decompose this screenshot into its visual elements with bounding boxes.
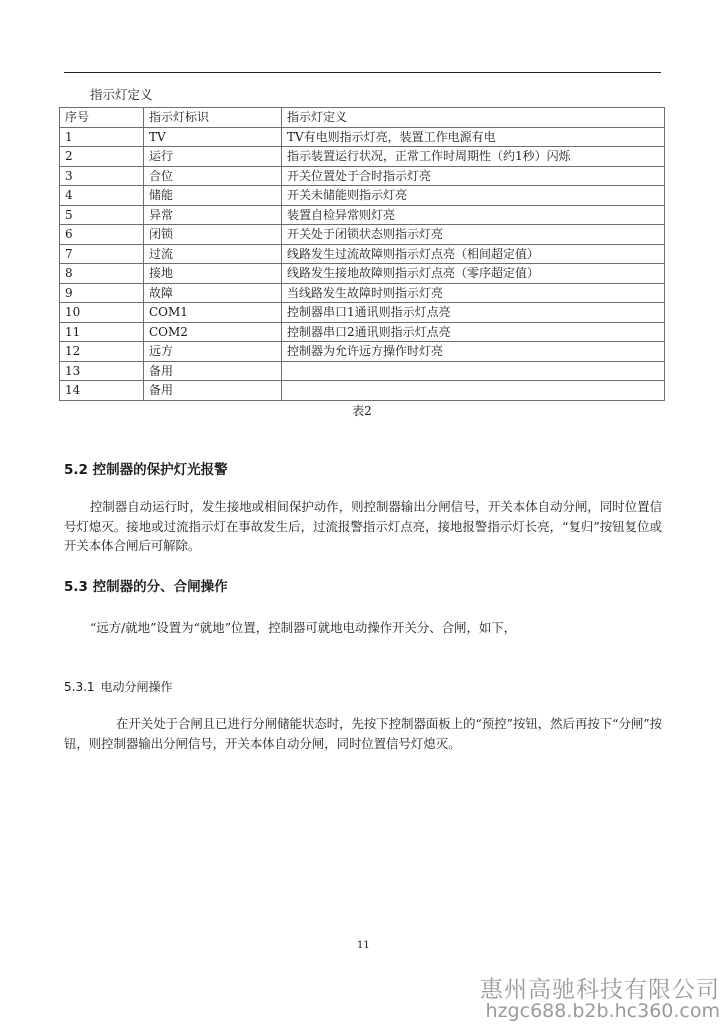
cell-index: 7 <box>60 244 144 264</box>
cell-definition: 装置自检异常则灯亮 <box>282 205 665 225</box>
header-cell-definition: 指示灯定义 <box>282 108 665 128</box>
table-row: 9 故障 当线路发生故障时则指示灯亮 <box>60 283 665 303</box>
cell-index: 2 <box>60 147 144 167</box>
cell-index: 1 <box>60 127 144 147</box>
table-row: 6 闭锁 开关处于闭锁状态则指示灯亮 <box>60 225 665 245</box>
cell-label: 储能 <box>144 186 282 206</box>
cell-definition: 线路发生接地故障则指示灯点亮（零序超定值） <box>282 264 665 284</box>
cell-label: 闭锁 <box>144 225 282 245</box>
cell-definition: 线路发生过流故障则指示灯点亮（相间超定值） <box>282 244 665 264</box>
cell-definition: TV有电则指示灯亮，装置工作电源有电 <box>282 127 665 147</box>
section-5-3-paragraph: “远方/就地”设置为“就地”位置，控制器可就地电动操作开关分、合闸，如下， <box>64 618 662 638</box>
table-row: 14 备用 <box>60 381 665 401</box>
cell-index: 5 <box>60 205 144 225</box>
cell-index: 9 <box>60 283 144 303</box>
cell-label: 备用 <box>144 381 282 401</box>
cell-label: 备用 <box>144 361 282 381</box>
cell-label: 故障 <box>144 283 282 303</box>
cell-label: 过流 <box>144 244 282 264</box>
page-number: 11 <box>357 940 370 952</box>
section-title: 电动分闸操作 <box>101 680 173 694</box>
cell-index: 10 <box>60 303 144 323</box>
cell-index: 4 <box>60 186 144 206</box>
table-row: 4 储能 开关未储能则指示灯亮 <box>60 186 665 206</box>
table-row: 13 备用 <box>60 361 665 381</box>
header-cell-label: 指示灯标识 <box>144 108 282 128</box>
indicator-definition-table: 序号 指示灯标识 指示灯定义 1 TV TV有电则指示灯亮，装置工作电源有电 2… <box>59 107 665 401</box>
cell-label: 异常 <box>144 205 282 225</box>
cell-definition: 开关处于闭锁状态则指示灯亮 <box>282 225 665 245</box>
table-row: 10 COM1 控制器串口1通讯则指示灯点亮 <box>60 303 665 323</box>
cell-definition: 控制器串口1通讯则指示灯点亮 <box>282 303 665 323</box>
table-row: 7 过流 线路发生过流故障则指示灯点亮（相间超定值） <box>60 244 665 264</box>
table-row: 12 远方 控制器为允许远方操作时灯亮 <box>60 342 665 362</box>
cell-label: COM2 <box>144 322 282 342</box>
cell-definition: 控制器串口2通讯则指示灯点亮 <box>282 322 665 342</box>
cell-index: 8 <box>60 264 144 284</box>
table-row: 1 TV TV有电则指示灯亮，装置工作电源有电 <box>60 127 665 147</box>
section-heading-5-2: 5.2 控制器的保护灯光报警 <box>64 461 228 479</box>
section-heading-5-3-1: 5.3.1电动分闸操作 <box>64 679 173 695</box>
cell-index: 13 <box>60 361 144 381</box>
table-caption: 指示灯定义 <box>90 87 153 103</box>
watermark-url: hzgc688.b2b.hc360.com <box>486 1000 720 1022</box>
cell-definition <box>282 361 665 381</box>
cell-label: COM1 <box>144 303 282 323</box>
header-cell-index: 序号 <box>60 108 144 128</box>
cell-definition: 控制器为允许远方操作时灯亮 <box>282 342 665 362</box>
table-row: 11 COM2 控制器串口2通讯则指示灯点亮 <box>60 322 665 342</box>
cell-definition: 开关位置处于合时指示灯亮 <box>282 166 665 186</box>
table-row: 3 合位 开关位置处于合时指示灯亮 <box>60 166 665 186</box>
cell-index: 6 <box>60 225 144 245</box>
table-row: 2 运行 指示装置运行状况，正常工作时周期性（约1秒）闪烁 <box>60 147 665 167</box>
cell-index: 12 <box>60 342 144 362</box>
section-5-2-paragraph: 控制器自动运行时，发生接地或相间保护动作，则控制器输出分闸信号，开关本体自动分闸… <box>64 497 662 556</box>
section-number: 5.3.1 <box>64 680 95 694</box>
cell-label: 运行 <box>144 147 282 167</box>
cell-definition: 指示装置运行状况，正常工作时周期性（约1秒）闪烁 <box>282 147 665 167</box>
section-5-3-1-paragraph: 在开关处于合闸且已进行分闸储能状态时，先按下控制器面板上的“预控”按钮，然后再按… <box>64 714 662 753</box>
header-rule <box>64 72 661 73</box>
cell-index: 11 <box>60 322 144 342</box>
table-row: 8 接地 线路发生接地故障则指示灯点亮（零序超定值） <box>60 264 665 284</box>
cell-definition: 开关未储能则指示灯亮 <box>282 186 665 206</box>
cell-label: 合位 <box>144 166 282 186</box>
table-row: 5 异常 装置自检异常则灯亮 <box>60 205 665 225</box>
section-heading-5-3: 5.3 控制器的分、合闸操作 <box>64 578 228 596</box>
cell-label: 远方 <box>144 342 282 362</box>
table-header-row: 序号 指示灯标识 指示灯定义 <box>60 108 665 128</box>
cell-label: TV <box>144 127 282 147</box>
cell-index: 3 <box>60 166 144 186</box>
table-number-caption: 表2 <box>0 403 724 419</box>
cell-definition <box>282 381 665 401</box>
cell-index: 14 <box>60 381 144 401</box>
cell-label: 接地 <box>144 264 282 284</box>
cell-definition: 当线路发生故障时则指示灯亮 <box>282 283 665 303</box>
